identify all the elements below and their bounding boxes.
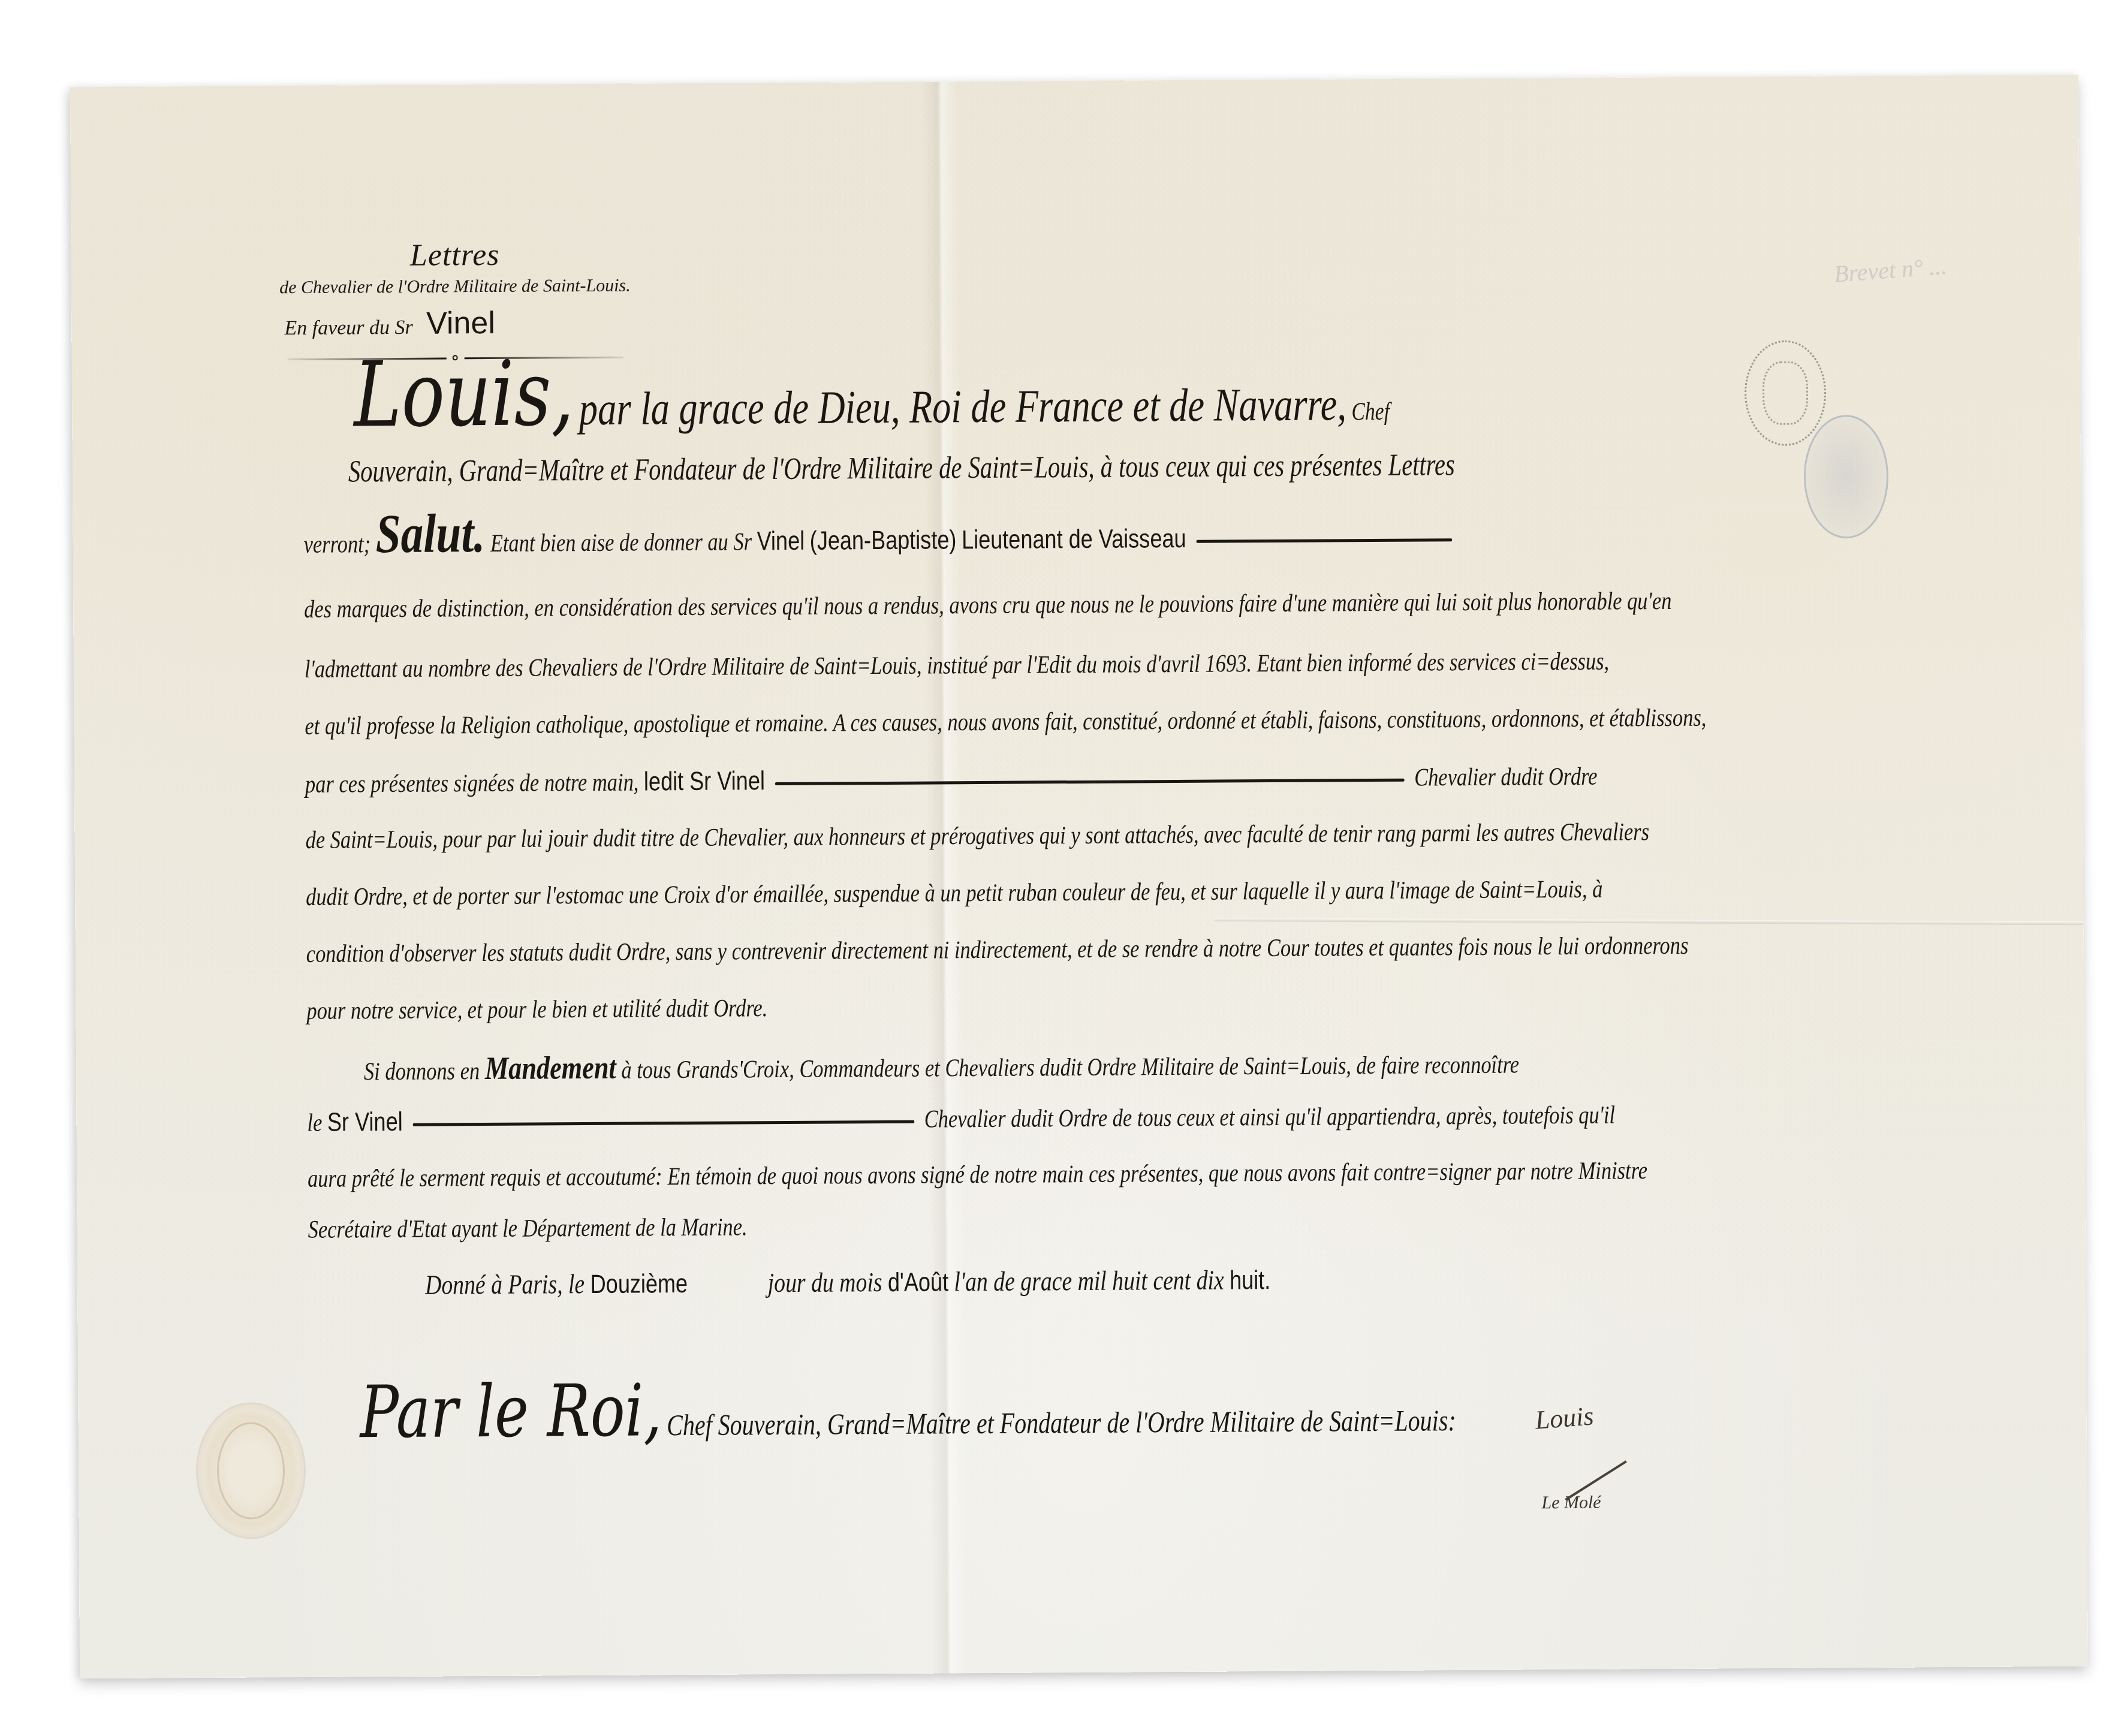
horizontal-crease xyxy=(1214,918,2083,925)
document-sheet: Lettres de Chevalier de l'Ordre Militair… xyxy=(70,75,2088,1678)
body-line-3: verront; Salut. Etant bien aise de donne… xyxy=(303,495,1457,566)
salut: Salut. xyxy=(375,502,485,564)
embossed-paper-seal-icon xyxy=(201,1408,300,1534)
faint-pencil-note: Brevet n° ... xyxy=(1833,252,1948,288)
body-line-2: Souverain, Grand=Maître et Fondateur de … xyxy=(348,447,1455,489)
mandement: Mandement xyxy=(485,1050,616,1086)
line3-text: Etant bien aise de donner au xyxy=(490,529,728,557)
body-line-4: des marques de distinction, en considéra… xyxy=(304,587,1671,624)
dating-line: Donné à Paris, le Douzième jour du mois … xyxy=(425,1264,1270,1301)
body-line-7: par ces présentes signées de notre main,… xyxy=(305,761,1598,799)
header-in-favor: En faveur du Sr Vinel xyxy=(215,304,695,343)
line3-sr: Sr xyxy=(733,528,752,556)
line3-rank: Lieutenant de Vaisseau xyxy=(962,524,1186,554)
dating-year-word: huit. xyxy=(1230,1265,1270,1295)
fill-line xyxy=(1196,538,1451,543)
royal-arms-stamp-icon xyxy=(1745,340,1827,446)
line7-filled-name: ledit Sr Vinel xyxy=(644,766,765,796)
line3-start: verront; xyxy=(303,531,370,559)
body-line-11: pour notre service, et pour le bien et u… xyxy=(306,994,767,1026)
dating-printed-start: Donné à Paris, le xyxy=(425,1268,585,1300)
dating-day: Douzième xyxy=(590,1269,688,1299)
line1-end: Chef xyxy=(1351,398,1390,426)
body-line-13: le Sr Vinel Chevalier dudit Ordre de tou… xyxy=(307,1100,1615,1138)
fill-line xyxy=(775,779,1405,785)
dating-printed-mid: jour du mois xyxy=(768,1267,882,1298)
body-line-5: l'admettant au nombre des Chevaliers de … xyxy=(305,647,1610,684)
line7-end: Chevalier dudit Ordre xyxy=(1414,763,1598,792)
body-line-6: et qu'il professe la Religion catholique… xyxy=(305,704,1706,741)
royal-signature: Louis xyxy=(1534,1400,1595,1435)
line13-filled-name: Sr Vinel xyxy=(327,1107,403,1137)
dating-month: d'Août xyxy=(888,1267,948,1297)
body-line-14: aura prêté le serment requis et accoutum… xyxy=(308,1156,1647,1193)
body-line-12: Si donnons en Mandement à tous Grands'Cr… xyxy=(364,1044,1519,1088)
header-subtitle: de Chevalier de l'Ordre Militaire de Sai… xyxy=(215,275,695,299)
line13-end: Chevalier dudit Ordre de tous ceux et ai… xyxy=(924,1102,1616,1134)
line3-name: Vinel xyxy=(757,526,805,556)
line3-given-names: (Jean-Baptiste) xyxy=(810,525,957,555)
recipient-name: Vinel xyxy=(426,306,495,341)
body-line-8: de Saint=Louis, pour par lui jouir dudit… xyxy=(305,818,1649,855)
dating-printed-end: l'an de grace mil huit cent dix xyxy=(954,1265,1224,1297)
opening-louis: Louis, xyxy=(354,342,574,447)
line13-start: le xyxy=(307,1110,322,1137)
body-line-15: Secrétaire d'Etat ayant le Département d… xyxy=(308,1213,747,1244)
par-le-roi: Par le Roi, xyxy=(360,1369,662,1454)
closing-text: Chef Souverain, Grand=Maître et Fondateu… xyxy=(667,1403,1456,1442)
stamp-inner-icon xyxy=(1763,361,1809,425)
blue-ink-stamp-icon xyxy=(1803,415,1888,539)
body-line-10: condition d'observer les statuts dudit O… xyxy=(306,932,1689,969)
closing-line: Par le Roi, Chef Souverain, Grand=Maître… xyxy=(360,1364,1456,1454)
line12-text: à tous Grands'Croix, Commandeurs et Chev… xyxy=(621,1051,1519,1084)
body-line-9: dudit Ordre, et de porter sur l'estomac … xyxy=(306,875,1602,912)
in-favor-prefix: En faveur du Sr xyxy=(284,317,413,339)
body-line-1: Louis, par la grace de Dieu, Roi de Fran… xyxy=(354,337,1390,448)
line12-start: Si donnons en xyxy=(364,1057,480,1086)
fill-line xyxy=(412,1120,914,1126)
line7-text: par ces présentes signées de notre main, xyxy=(305,768,639,798)
line1-text: par la grace de Dieu, Roi de France et d… xyxy=(579,378,1347,435)
header-title: Lettres xyxy=(215,236,694,275)
